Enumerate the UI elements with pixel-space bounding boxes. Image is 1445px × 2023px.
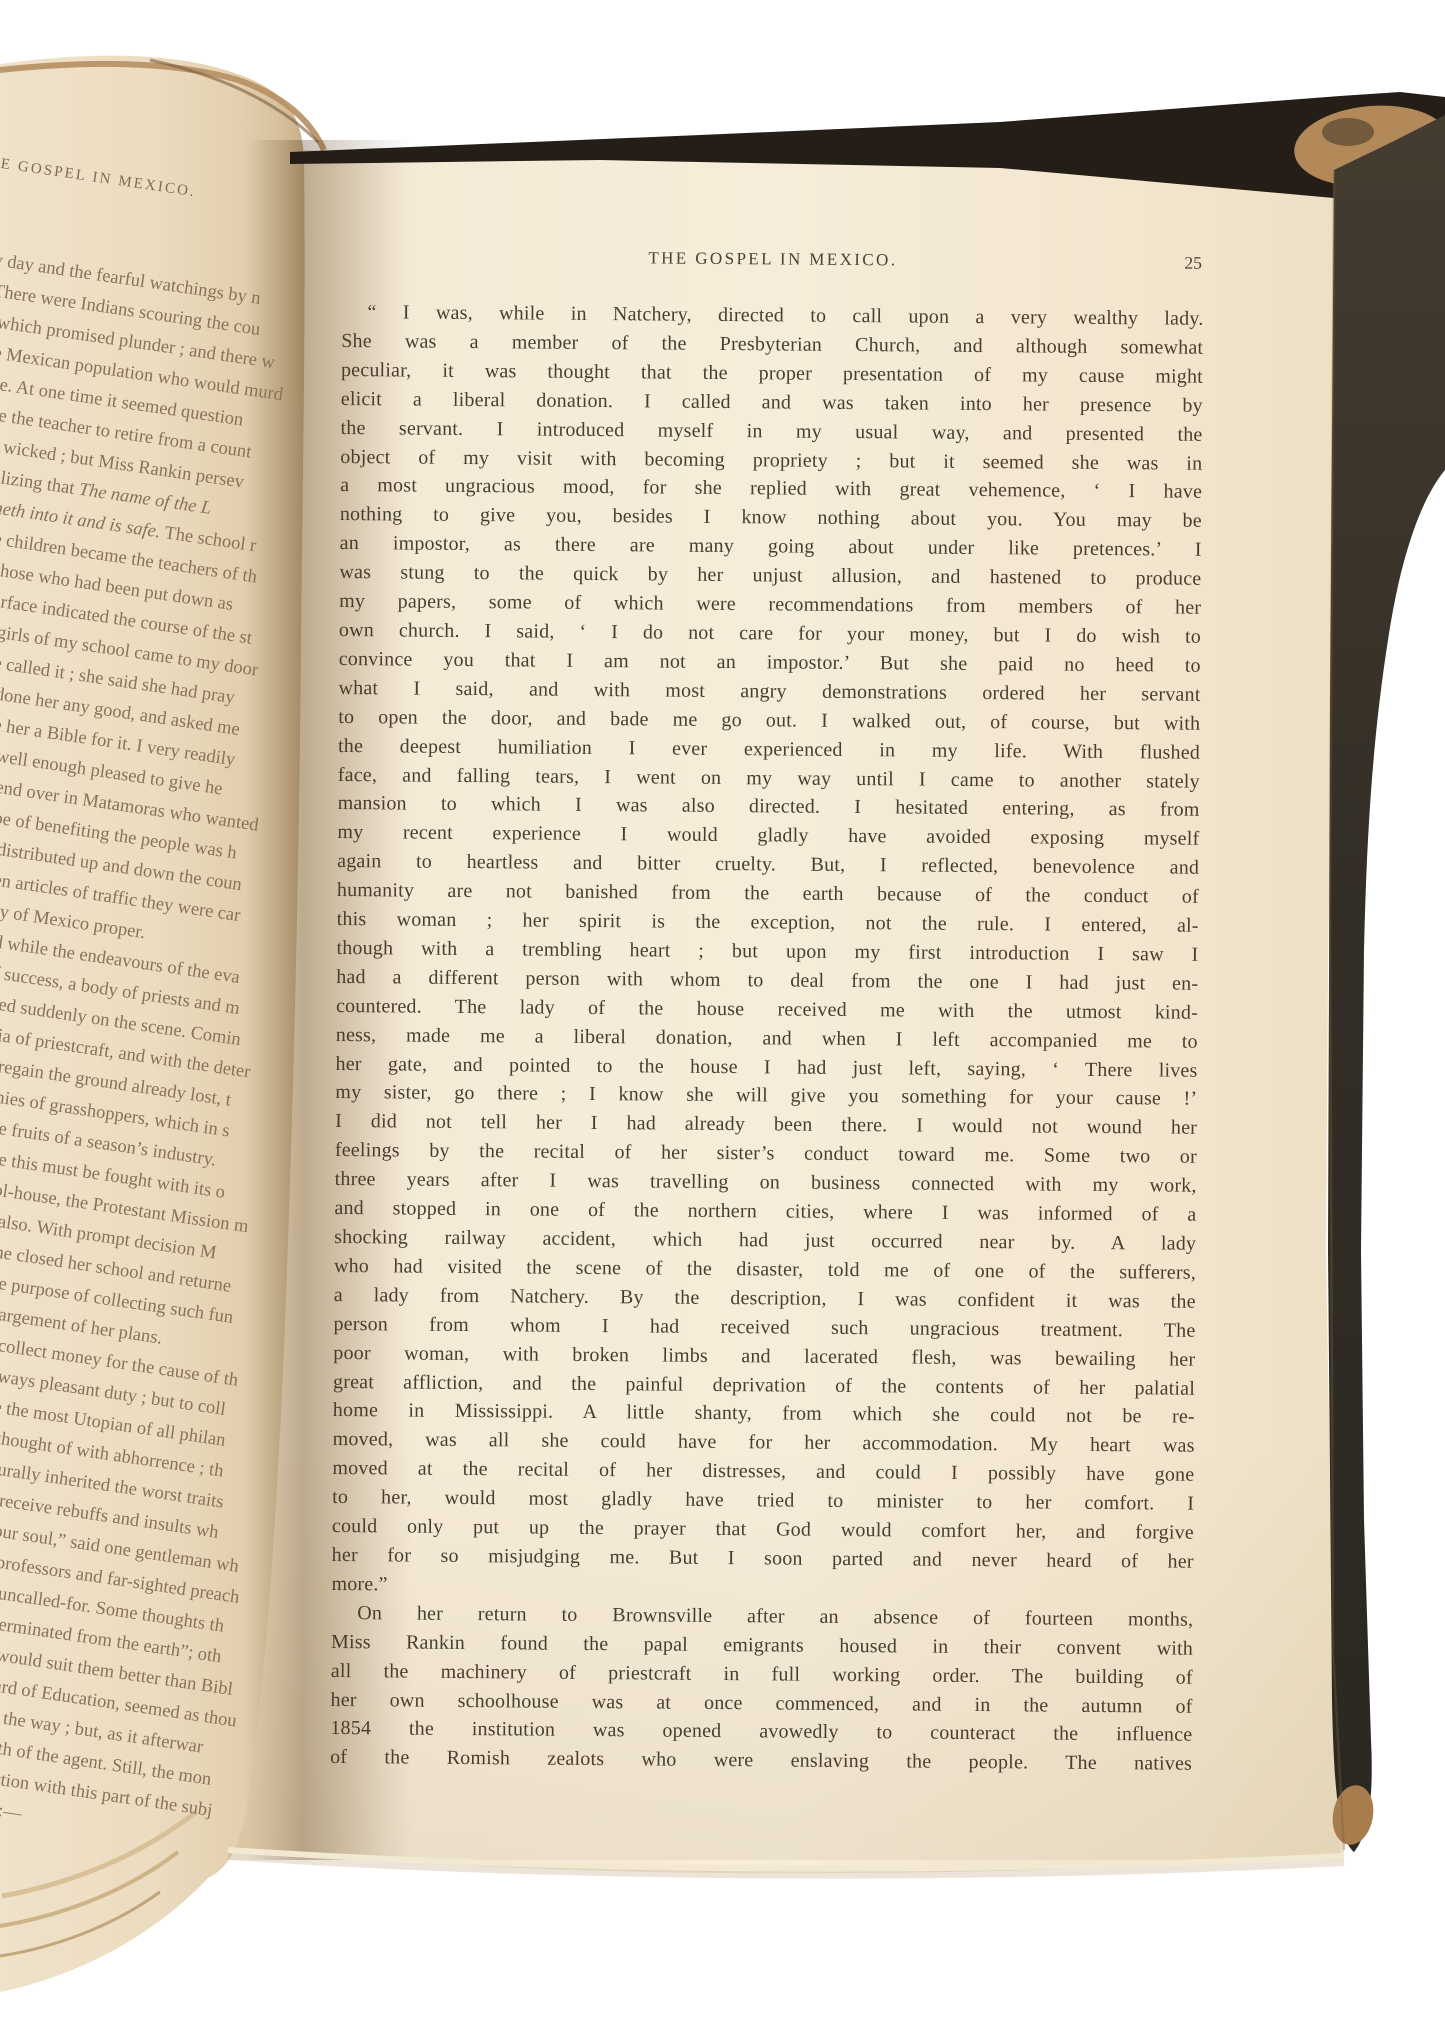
page-number: 25	[1184, 253, 1202, 274]
running-head: THE GOSPEL IN MEXICO. 25	[342, 246, 1204, 305]
worn-corner-top-right-dark	[1322, 118, 1374, 146]
gutter-shadow	[246, 140, 302, 1860]
book-photo: E GOSPEL IN MEXICO. by day and the fearf…	[0, 0, 1445, 2023]
right-page-text: “ I was, while in Natchery, directed to …	[330, 298, 1204, 1779]
cover-right-edge	[1328, 115, 1445, 1852]
right-page: THE GOSPEL IN MEXICO. 25 “ I was, while …	[330, 246, 1204, 1779]
